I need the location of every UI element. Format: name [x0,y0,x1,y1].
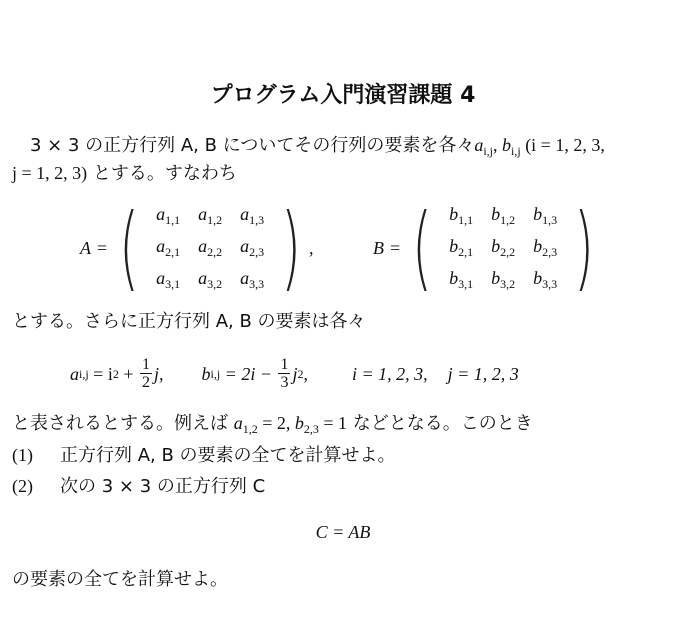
element-formula: ai,j = i2 + 12 j, bi,j = 2i − 13 j2, i =… [70,356,519,391]
product-equation: C = AB [0,520,686,544]
closing-instruction: の要素の全てを計算せよ。 [12,568,228,592]
right-paren: ) [281,202,301,294]
index-range-i: (i = 1, 2, 3, [521,135,605,155]
intro-text: 3 × 3 の正方行列 A, B についてその行列の要素を各々 [30,135,474,156]
left-paren: ( [412,202,432,294]
fraction-one-half: 12 [140,356,152,391]
page-title: プログラム入門演習課題 4 [0,78,686,109]
example-b23: b2,3 [295,413,319,433]
intro-line-1: 3 × 3 の正方行列 A, B についてその行列の要素を各々ai,j, bi,… [30,133,605,163]
example-a12: a1,2 [234,413,258,433]
element-definition-intro: とする。さらに正方行列 A, B の要素は各々 [12,310,366,334]
question-2: (2)次の 3 × 3 の正方行列 C [12,474,265,499]
example-line: と表されるとする。例えば a1,2 = 2, b2,3 = 1 などとなる。この… [12,411,533,441]
fraction-one-third: 13 [278,356,290,391]
i-range: i = 1, 2, 3, [352,362,428,386]
matrix-b-grid: b1,1 b1,2 b1,3 b2,1 b2,2 b2,3 b3,1 b3,2 … [440,200,566,296]
matrix-a: A = ( a1,1 a1,2 a1,3 a2,1 a2,2 a2,3 a3,1… [80,200,313,296]
b-ij-symbol: bi,j [502,135,521,155]
index-range-j: j = 1, 2, 3) [12,163,87,183]
matrix-a-grid: a1,1 a1,2 a1,3 a2,1 a2,2 a2,3 a3,1 a3,2 … [147,200,273,296]
matrix-b: B = ( b1,1 b1,2 b1,3 b2,1 b2,2 b2,3 b3,1… [373,200,602,296]
a-formula: ai,j = i2 + 12 j, [70,356,164,391]
right-paren: ) [574,202,594,294]
question-1: (1)正方行列 A, B の要素の全てを計算せよ。 [12,443,396,468]
b-formula: bi,j = 2i − 13 j2, [202,356,308,391]
a-ij-symbol: ai,j [474,135,493,155]
j-range: j = 1, 2, 3 [448,362,519,386]
intro-line-2: j = 1, 2, 3) とする。すなわち [12,161,237,186]
left-paren: ( [119,202,139,294]
